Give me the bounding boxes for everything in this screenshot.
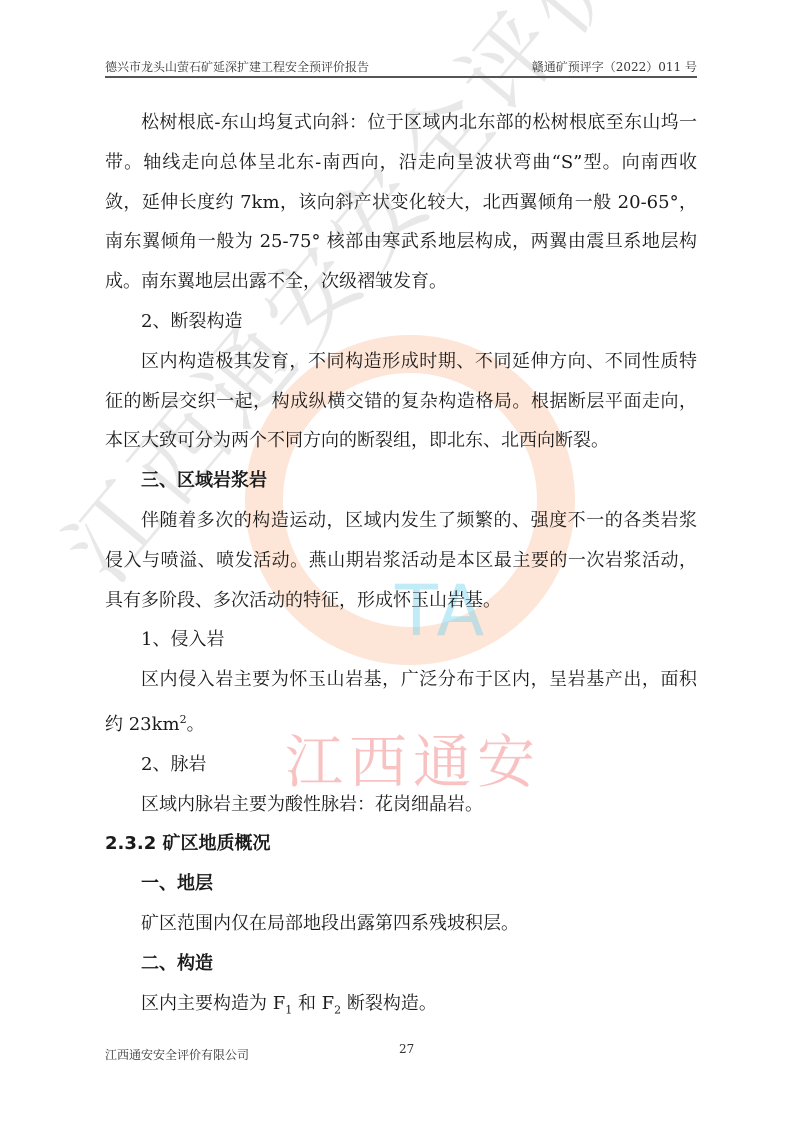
document-page: TA 江西通安 江西通安安全评价有限公司 德兴市龙头山萤石矿延深扩建工程安全预评…: [0, 0, 800, 1131]
header-divider: [105, 76, 697, 78]
paragraph-faults: 区内构造极其发育，不同构造形成时期、不同延伸方向、不同性质特征的断层交织一起，构…: [105, 342, 697, 461]
paragraph-strata: 矿区范围内仅在局部地段出露第四系残坡积层。: [105, 904, 697, 944]
subheading-intrusive-rock: 1、侵入岩: [105, 620, 697, 660]
paragraph-dike: 区域内脉岩主要为酸性脉岩：花岗细晶岩。: [105, 785, 697, 825]
subheading-fault-structure: 2、断裂构造: [105, 302, 697, 342]
report-title: 德兴市龙头山萤石矿延深扩建工程安全预评价报告: [105, 58, 369, 74]
document-number: 赣通矿预评字（2022）011 号: [532, 58, 697, 74]
document-body: 松树根底-东山坞复式向斜：位于区域内北东部的松树根底至东山坞一带。轴线走向总体呈…: [105, 103, 697, 1030]
page-header: 德兴市龙头山萤石矿延深扩建工程安全预评价报告 赣通矿预评字（2022）011 号: [105, 58, 697, 74]
section-heading-mine-geology: 2.3.2 矿区地质概况: [105, 824, 697, 864]
page-number: 27: [399, 1042, 414, 1056]
paragraph-structure: 区内主要构造为 F1 和 F2 断裂构造。: [105, 984, 697, 1030]
heading-structure: 二、构造: [105, 944, 697, 984]
paragraph-magmatism: 伴随着多次的构造运动，区域内发生了频繁的、强度不一的各类岩浆侵入与喷溢、喷发活动…: [105, 501, 697, 620]
heading-regional-magmatic-rock: 三、区域岩浆岩: [105, 461, 697, 501]
paragraph-syncline: 松树根底-东山坞复式向斜：位于区域内北东部的松树根底至东山坞一带。轴线走向总体呈…: [105, 103, 697, 302]
footer-company-name: 江西通安安全评价有限公司: [105, 1046, 249, 1063]
paragraph-intrusive: 区内侵入岩主要为怀玉山岩基，广泛分布于区内，呈岩基产出，面积约 23km2。: [105, 660, 697, 745]
heading-strata: 一、地层: [105, 864, 697, 904]
subheading-dike-rock: 2、脉岩: [105, 745, 697, 785]
